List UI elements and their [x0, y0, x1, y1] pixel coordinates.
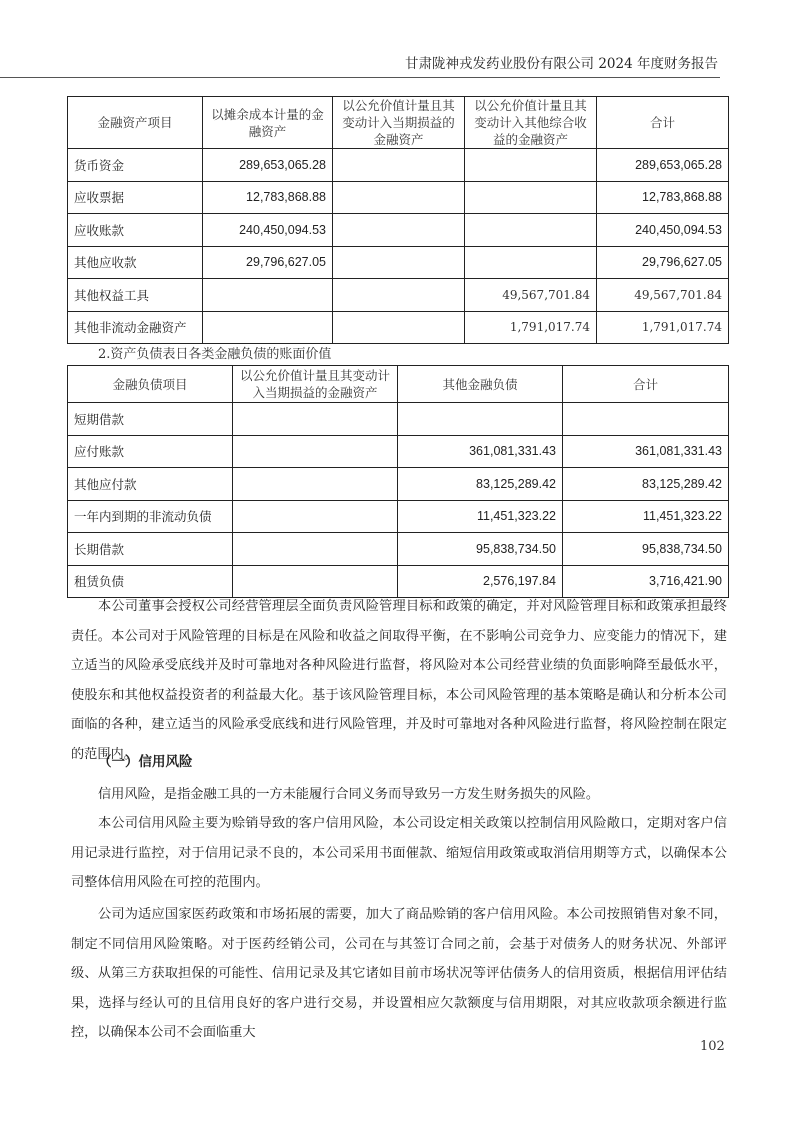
column-header: 合计 — [563, 366, 729, 403]
row-label: 其他权益工具 — [68, 279, 203, 312]
fvoci-cell — [465, 214, 597, 247]
fvtpl-cell — [333, 279, 465, 312]
total-cell: 1,791,017.74 — [597, 311, 729, 344]
table-row: 其他应收款 29,796,627.05 29,796,627.05 — [68, 246, 729, 279]
other-liabilities-cell: 361,081,331.43 — [398, 435, 563, 468]
table-row: 应付账款 361,081,331.43 361,081,331.43 — [68, 435, 729, 468]
liabilities-table-caption: 2.资产负债表日各类金融负债的账面价值 — [98, 343, 331, 362]
fvoci-cell — [465, 246, 597, 279]
other-liabilities-cell — [398, 403, 563, 436]
fvtpl-cell — [233, 500, 398, 533]
table-row: 其他权益工具 49,567,701.84 49,567,701.84 — [68, 279, 729, 312]
total-cell: 289,653,065.28 — [597, 149, 729, 182]
other-liabilities-cell: 11,451,323.22 — [398, 500, 563, 533]
section-title-credit-risk: （一）信用风险 — [98, 750, 193, 770]
fvoci-cell: 1,791,017.74 — [465, 311, 597, 344]
total-cell: 361,081,331.43 — [563, 435, 729, 468]
row-label: 短期借款 — [68, 403, 233, 436]
row-label: 应收账款 — [68, 214, 203, 247]
table-row: 应收账款 240,450,094.53 240,450,094.53 — [68, 214, 729, 247]
fvoci-cell — [465, 181, 597, 214]
fvtpl-cell — [333, 149, 465, 182]
fvtpl-cell — [233, 403, 398, 436]
amortized-cost-cell — [203, 279, 333, 312]
other-liabilities-cell: 83,125,289.42 — [398, 468, 563, 501]
total-cell — [563, 403, 729, 436]
column-header: 以公允价值计量且其变动计入其他综合收益的金融资产 — [465, 97, 597, 149]
credit-risk-main-paragraph: 本公司信用风险主要为赊销导致的客户信用风险，本公司设定相关政策以控制信用风险敞口… — [71, 809, 727, 898]
fvtpl-cell — [333, 311, 465, 344]
table-row: 长期借款 95,838,734.50 95,838,734.50 — [68, 533, 729, 566]
total-cell: 83,125,289.42 — [563, 468, 729, 501]
table-row: 其他非流动金融资产 1,791,017.74 1,791,017.74 — [68, 311, 729, 344]
financial-liabilities-table: 金融负债项目 以公允价值计量且其变动计入当期损益的金融资产 其他金融负债 合计 … — [67, 365, 729, 598]
amortized-cost-cell — [203, 311, 333, 344]
total-cell: 95,838,734.50 — [563, 533, 729, 566]
row-label: 应付账款 — [68, 435, 233, 468]
row-label: 应收票据 — [68, 181, 203, 214]
fvtpl-cell — [333, 246, 465, 279]
table-row: 其他应付款 83,125,289.42 83,125,289.42 — [68, 468, 729, 501]
total-cell: 29,796,627.05 — [597, 246, 729, 279]
row-label: 货币资金 — [68, 149, 203, 182]
financial-assets-table: 金融资产项目 以摊余成本计量的金融资产 以公允价值计量且其变动计入当期损益的金融… — [67, 96, 729, 344]
column-header: 以公允价值计量且其变动计入当期损益的金融资产 — [333, 97, 465, 149]
row-label: 其他非流动金融资产 — [68, 311, 203, 344]
table-row: 短期借款 — [68, 403, 729, 436]
total-cell: 12,783,868.88 — [597, 181, 729, 214]
other-liabilities-cell: 95,838,734.50 — [398, 533, 563, 566]
amortized-cost-cell: 240,450,094.53 — [203, 214, 333, 247]
row-label: 其他应收款 — [68, 246, 203, 279]
header-divider — [0, 77, 720, 78]
column-header: 其他金融负债 — [398, 366, 563, 403]
column-header: 合计 — [597, 97, 729, 149]
page-number: 102 — [700, 1039, 725, 1054]
column-header: 金融资产项目 — [68, 97, 203, 149]
credit-risk-definition-paragraph: 信用风险，是指金融工具的一方未能履行合同义务而导致另一方发生财务损失的风险。 — [71, 780, 727, 810]
amortized-cost-cell: 29,796,627.05 — [203, 246, 333, 279]
table-header-row: 金融资产项目 以摊余成本计量的金融资产 以公允价值计量且其变动计入当期损益的金融… — [68, 97, 729, 149]
fvtpl-cell — [233, 468, 398, 501]
table-row: 一年内到期的非流动负债 11,451,323.22 11,451,323.22 — [68, 500, 729, 533]
page-header-title: 甘肃陇神戎发药业股份有限公司 2024 年度财务报告 — [0, 52, 718, 72]
row-label: 一年内到期的非流动负债 — [68, 500, 233, 533]
row-label: 长期借款 — [68, 533, 233, 566]
fvtpl-cell — [233, 533, 398, 566]
fvtpl-cell — [333, 181, 465, 214]
total-cell: 11,451,323.22 — [563, 500, 729, 533]
amortized-cost-cell: 12,783,868.88 — [203, 181, 333, 214]
risk-management-paragraph: 本公司董事会授权公司经营管理层全面负责风险管理目标和政策的确定，并对风险管理目标… — [71, 592, 727, 769]
table-row: 应收票据 12,783,868.88 12,783,868.88 — [68, 181, 729, 214]
column-header: 金融负债项目 — [68, 366, 233, 403]
table-header-row: 金融负债项目 以公允价值计量且其变动计入当期损益的金融资产 其他金融负债 合计 — [68, 366, 729, 403]
total-cell: 49,567,701.84 — [597, 279, 729, 312]
table-row: 货币资金 289,653,065.28 289,653,065.28 — [68, 149, 729, 182]
fvtpl-cell — [333, 214, 465, 247]
column-header: 以公允价值计量且其变动计入当期损益的金融资产 — [233, 366, 398, 403]
row-label: 其他应付款 — [68, 468, 233, 501]
amortized-cost-cell: 289,653,065.28 — [203, 149, 333, 182]
total-cell: 240,450,094.53 — [597, 214, 729, 247]
fvoci-cell — [465, 149, 597, 182]
column-header: 以摊余成本计量的金融资产 — [203, 97, 333, 149]
credit-risk-policy-paragraph: 公司为适应国家医药政策和市场拓展的需要，加大了商品赊销的客户信用风险。本公司按照… — [71, 900, 727, 1048]
fvtpl-cell — [233, 435, 398, 468]
fvoci-cell: 49,567,701.84 — [465, 279, 597, 312]
